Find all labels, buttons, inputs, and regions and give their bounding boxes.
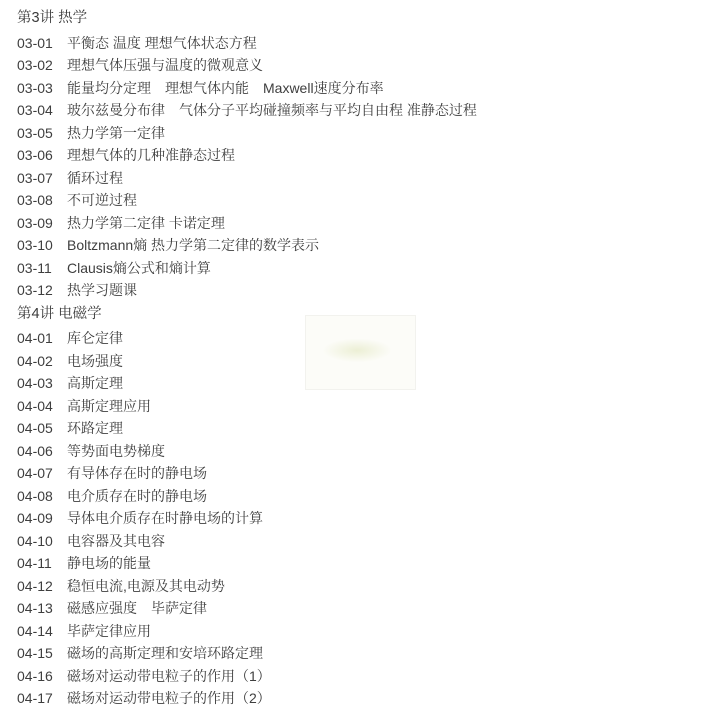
course-item-code: 04-02 — [17, 350, 67, 373]
course-item-code: 03-06 — [17, 144, 67, 167]
course-item-code: 03-11 — [17, 257, 67, 280]
course-item-title: 理想气体的几种准静态过程 — [67, 144, 235, 167]
course-item-title: 理想气体压强与温度的微观意义 — [67, 54, 263, 77]
course-item-title: 循环过程 — [67, 167, 123, 190]
course-item-title: 热学习题课 — [67, 279, 137, 302]
course-item-code: 03-01 — [17, 32, 67, 55]
course-item-code: 03-12 — [17, 279, 67, 302]
course-item-code: 04-17 — [17, 687, 67, 708]
course-item-code: 04-14 — [17, 620, 67, 643]
course-item-code: 04-03 — [17, 372, 67, 395]
course-item-title: 热力学第一定律 — [67, 122, 165, 145]
course-item-title: 磁场对运动带电粒子的作用（2） — [67, 687, 271, 708]
course-item: 04-14毕萨定律应用 — [17, 620, 477, 643]
course-item: 03-10Boltzmann熵 热力学第二定律的数学表示 — [17, 234, 477, 257]
course-item-title: 不可逆过程 — [67, 189, 137, 212]
course-item-code: 03-09 — [17, 212, 67, 235]
course-item-title: 有导体存在时的静电场 — [67, 462, 207, 485]
course-item-code: 04-05 — [17, 417, 67, 440]
course-item-code: 03-03 — [17, 77, 67, 100]
course-item-code: 04-16 — [17, 665, 67, 688]
course-item: 04-07有导体存在时的静电场 — [17, 462, 477, 485]
course-item: 03-05热力学第一定律 — [17, 122, 477, 145]
course-item: 03-08不可逆过程 — [17, 189, 477, 212]
course-item-code: 03-08 — [17, 189, 67, 212]
course-item-title: 高斯定理 — [67, 372, 123, 395]
page: 第3讲 热学03-01平衡态 温度 理想气体状态方程03-02理想气体压强与温度… — [0, 0, 722, 708]
course-item-code: 04-06 — [17, 440, 67, 463]
course-item-title: 能量均分定理 理想气体内能 Maxwell速度分布率 — [67, 77, 384, 100]
course-item-title: 热力学第二定律 卡诺定理 — [67, 212, 225, 235]
course-item-title: Clausis熵公式和熵计算 — [67, 257, 211, 280]
course-item-code: 03-07 — [17, 167, 67, 190]
course-item-title: 稳恒电流,电源及其电动势 — [67, 575, 225, 598]
course-item-title: 玻尔兹曼分布律 气体分子平均碰撞频率与平均自由程 准静态过程 — [67, 99, 477, 122]
course-item-code: 04-01 — [17, 327, 67, 350]
course-item-title: 电场强度 — [67, 350, 123, 373]
course-item: 03-04玻尔兹曼分布律 气体分子平均碰撞频率与平均自由程 准静态过程 — [17, 99, 477, 122]
course-item-code: 04-04 — [17, 395, 67, 418]
course-item-code: 03-10 — [17, 234, 67, 257]
course-item-code: 04-09 — [17, 507, 67, 530]
course-item-title: 毕萨定律应用 — [67, 620, 151, 643]
course-item: 04-06等势面电势梯度 — [17, 440, 477, 463]
course-item: 04-15磁场的高斯定理和安培环路定理 — [17, 642, 477, 665]
course-item: 03-02理想气体压强与温度的微观意义 — [17, 54, 477, 77]
course-item: 03-06理想气体的几种准静态过程 — [17, 144, 477, 167]
course-item-title: 磁场对运动带电粒子的作用（1） — [67, 665, 271, 688]
faint-thumbnail-image — [305, 315, 416, 390]
course-item-title: 静电场的能量 — [67, 552, 151, 575]
course-item-title: 平衡态 温度 理想气体状态方程 — [67, 32, 257, 55]
course-item-code: 04-10 — [17, 530, 67, 553]
course-item: 03-12热学习题课 — [17, 279, 477, 302]
course-item-title: 导体电介质存在时静电场的计算 — [67, 507, 263, 530]
course-item: 04-05环路定理 — [17, 417, 477, 440]
course-item: 04-10电容器及其电容 — [17, 530, 477, 553]
course-item: 03-09热力学第二定律 卡诺定理 — [17, 212, 477, 235]
course-item: 03-01平衡态 温度 理想气体状态方程 — [17, 32, 477, 55]
course-item: 04-17磁场对运动带电粒子的作用（2） — [17, 687, 477, 708]
course-item-title: 高斯定理应用 — [67, 395, 151, 418]
course-item-code: 03-02 — [17, 54, 67, 77]
course-item-title: 库仑定律 — [67, 327, 123, 350]
section-title: 第3讲 热学 — [17, 6, 477, 32]
course-item-code: 04-15 — [17, 642, 67, 665]
course-item: 03-11Clausis熵公式和熵计算 — [17, 257, 477, 280]
course-item-code: 04-07 — [17, 462, 67, 485]
course-item-code: 04-12 — [17, 575, 67, 598]
course-item-title: 电容器及其电容 — [67, 530, 165, 553]
course-item: 04-13磁感应强度 毕萨定律 — [17, 597, 477, 620]
course-item-title: 磁场的高斯定理和安培环路定理 — [67, 642, 263, 665]
course-item: 03-03能量均分定理 理想气体内能 Maxwell速度分布率 — [17, 77, 477, 100]
course-item-code: 03-04 — [17, 99, 67, 122]
course-item: 04-08电介质存在时的静电场 — [17, 485, 477, 508]
course-item-title: 等势面电势梯度 — [67, 440, 165, 463]
course-item-title: 电介质存在时的静电场 — [67, 485, 207, 508]
course-item-code: 04-08 — [17, 485, 67, 508]
course-item-title: Boltzmann熵 热力学第二定律的数学表示 — [67, 234, 319, 257]
course-item-code: 04-13 — [17, 597, 67, 620]
course-item: 03-07循环过程 — [17, 167, 477, 190]
course-item-title: 磁感应强度 毕萨定律 — [67, 597, 207, 620]
course-item-code: 03-05 — [17, 122, 67, 145]
course-item: 04-11静电场的能量 — [17, 552, 477, 575]
course-item-code: 04-11 — [17, 552, 67, 575]
course-item: 04-12稳恒电流,电源及其电动势 — [17, 575, 477, 598]
course-item: 04-04高斯定理应用 — [17, 395, 477, 418]
course-item-title: 环路定理 — [67, 417, 123, 440]
course-item: 04-16磁场对运动带电粒子的作用（1） — [17, 665, 477, 688]
course-item: 04-09导体电介质存在时静电场的计算 — [17, 507, 477, 530]
